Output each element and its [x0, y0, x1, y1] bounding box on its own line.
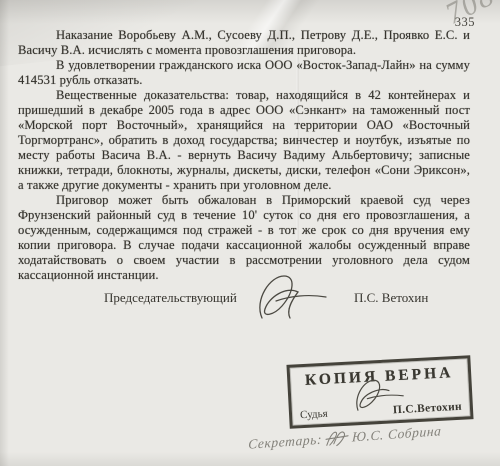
presiding-judge-signature-icon — [252, 268, 330, 326]
presiding-judge-role-label: Председательствующий — [104, 290, 237, 306]
paragraph-appeal-procedure: Приговор может быть обжалован в Приморск… — [18, 193, 470, 283]
stamp-judge-name: П.С.Ветохин — [393, 401, 463, 417]
paragraph-sentence-term: Наказание Воробьеву А.М., Сусоеву Д.П., … — [18, 28, 470, 58]
scanned-court-document-page: 708 335 Наказание Воробьеву А.М., Сусоев… — [0, 0, 500, 466]
secretary-name: Ю.С. Собрина — [352, 423, 442, 445]
stamp-judge-role-label: Судья — [300, 408, 328, 421]
secretary-label: Секретарь: — [248, 432, 322, 453]
secretary-handwritten-note: Секретарь: Ю.С. Собрина — [248, 421, 442, 455]
presiding-judge-name: П.С. Ветохин — [354, 290, 428, 306]
paragraph-civil-claim: В удовлетворении гражданского иска ООО «… — [18, 58, 470, 88]
paper-edge-shadow-top — [0, 0, 500, 28]
paragraph-material-evidence: Вещественные доказательства: товар, нахо… — [18, 88, 470, 193]
verdict-body-text: Наказание Воробьеву А.М., Сусоеву Д.П., … — [18, 28, 470, 283]
copy-certified-stamp: КОПИЯ ВЕРНА Судья П.С.Ветохин — [286, 355, 473, 429]
paper-edge-shadow-left — [0, 0, 9, 466]
secretary-signature-icon — [324, 428, 351, 450]
